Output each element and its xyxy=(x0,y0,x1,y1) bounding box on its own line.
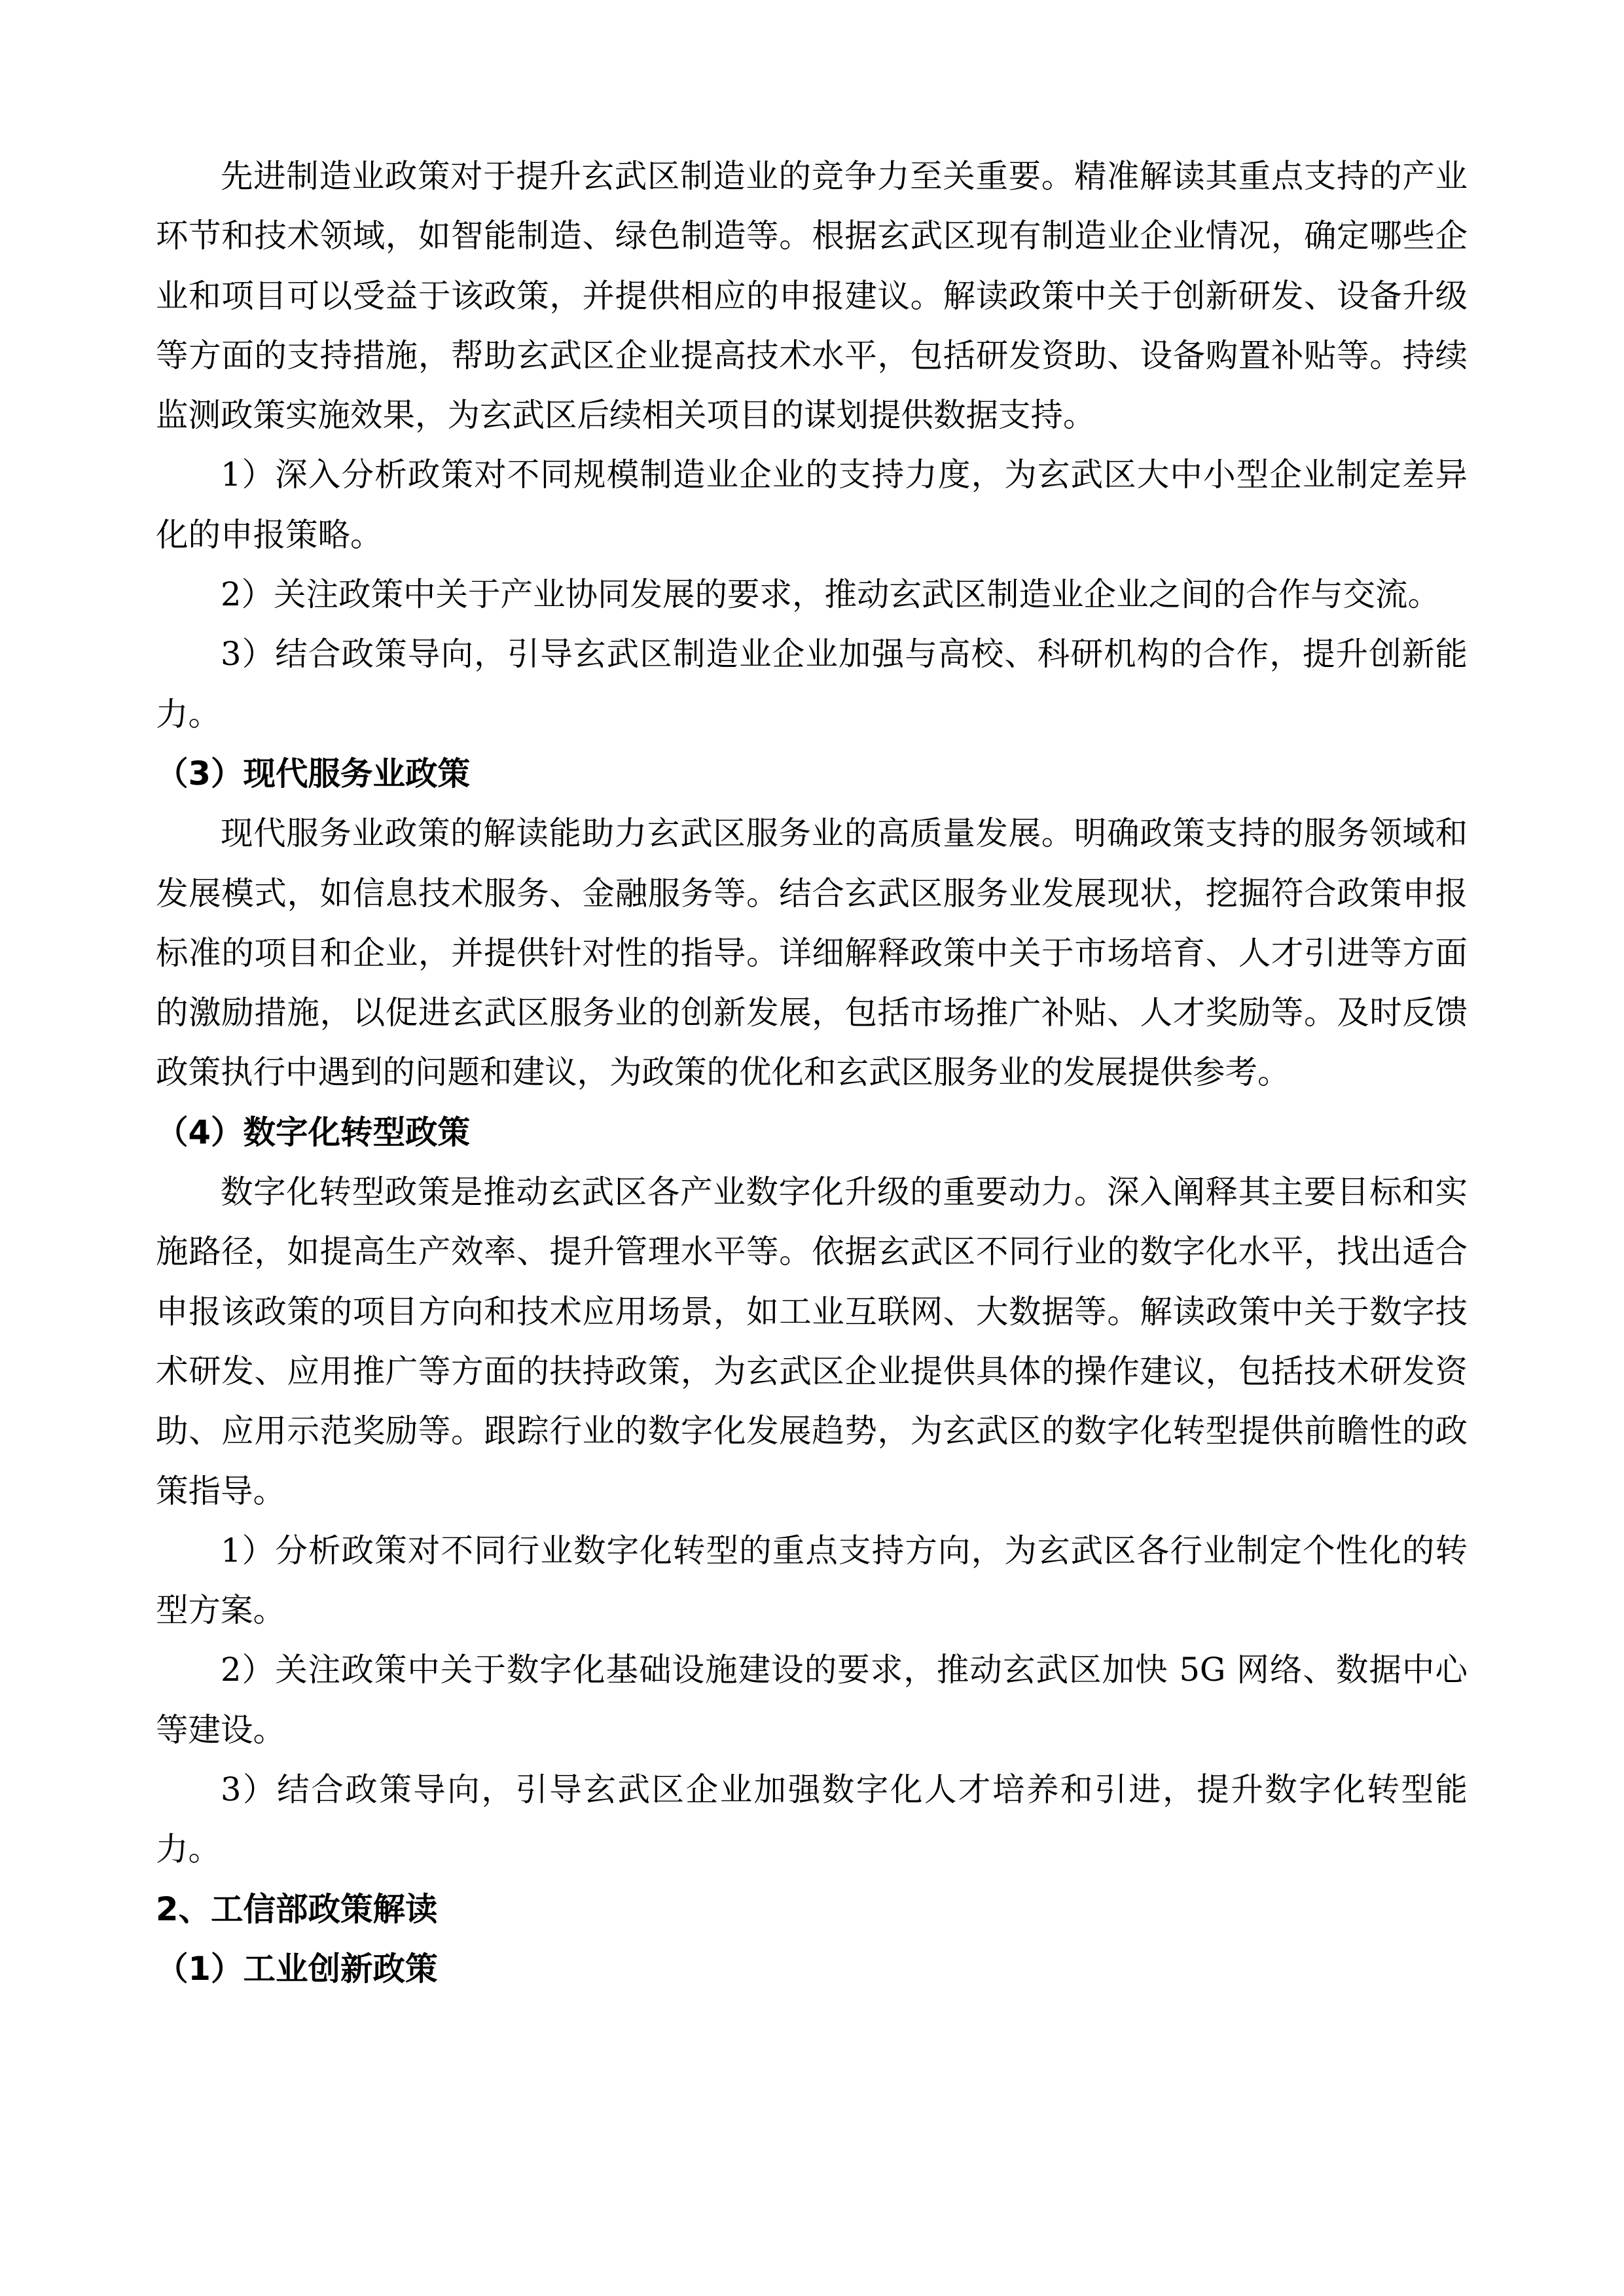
heading-modern-service-policy: （3）现代服务业政策 xyxy=(156,744,1468,804)
list-item-3-university-cooperation: 3）结合政策导向，引导玄武区制造业企业加强与高校、科研机构的合作，提升创新能力。 xyxy=(156,624,1468,744)
heading-digital-transformation-policy: （4）数字化转型政策 xyxy=(156,1103,1468,1162)
list-item-2-digital-infrastructure: 2）关注政策中关于数字化基础设施建设的要求，推动玄武区加快 5G 网络、数据中心… xyxy=(156,1640,1468,1760)
paragraph-digital-transformation-policy: 数字化转型政策是推动玄武区各产业数字化升级的重要动力。深入阐释其主要目标和实施路… xyxy=(156,1162,1468,1521)
list-item-2-industry-collaboration: 2）关注政策中关于产业协同发展的要求，推动玄武区制造业企业之间的合作与交流。 xyxy=(156,565,1468,624)
list-item-1-industry-transformation-plans: 1）分析政策对不同行业数字化转型的重点支持方向，为玄武区各行业制定个性化的转型方… xyxy=(156,1521,1468,1641)
heading-industrial-innovation-policy: （1）工业创新政策 xyxy=(156,1939,1468,1999)
section-heading-miit-policy-interpretation: 2、工信部政策解读 xyxy=(156,1880,1468,1939)
paragraph-modern-service-policy: 现代服务业政策的解读能助力玄武区服务业的高质量发展。明确政策支持的服务领域和发展… xyxy=(156,804,1468,1102)
paragraph-advanced-manufacturing-policy: 先进制造业政策对于提升玄武区制造业的竞争力至关重要。精准解读其重点支持的产业环节… xyxy=(156,147,1468,445)
list-item-3-digital-talent: 3）结合政策导向，引导玄武区企业加强数字化人才培养和引进，提升数字化转型能力。 xyxy=(156,1760,1468,1880)
document-page: 先进制造业政策对于提升玄武区制造业的竞争力至关重要。精准解读其重点支持的产业环节… xyxy=(156,147,1468,1999)
list-item-1-enterprise-scale-strategy: 1）深入分析政策对不同规模制造业企业的支持力度，为玄武区大中小型企业制定差异化的… xyxy=(156,445,1468,565)
